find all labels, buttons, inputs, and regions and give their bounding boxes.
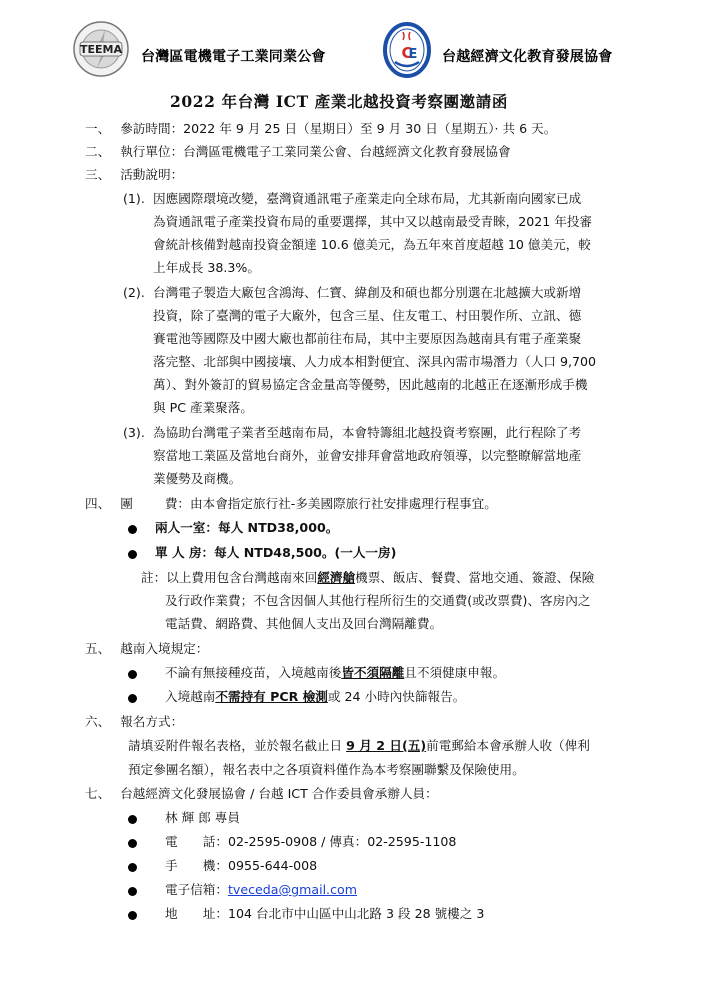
rule-post: 且不須健康申報。 bbox=[404, 665, 505, 680]
item-line: 與 PC 產業聚落。 bbox=[153, 400, 253, 416]
reg-pre: 請填妥附件報名表格，並於報名截止日 bbox=[128, 738, 346, 753]
item-line: 會統計核備對越南投資金額達 10.6 億美元，為五年來首度超越 10 億美元，較 bbox=[153, 237, 591, 253]
fee-single: 單 人 房：每人 NTD48,500。(一人一房) bbox=[155, 545, 396, 561]
item-line: 賽電池等國際及中國大廠也都前往布局，其中主要原因為越南具有電子產業聚 bbox=[153, 331, 581, 347]
fee-note: 註：以上費用包含台灣越南來回經濟艙機票、飯店、餐費、當地交通、簽證、保險 bbox=[141, 570, 594, 586]
contact-phone: 電 話：02-2595-0908 / 傳真：02-2595-1108 bbox=[165, 834, 456, 850]
rule-emphasis: 皆不須隔離 bbox=[341, 665, 404, 680]
section-num: 七、 bbox=[85, 786, 110, 801]
rule-post: 或 24 小時內快篩報告。 bbox=[328, 689, 465, 704]
svg-text:E: E bbox=[409, 47, 418, 62]
item-num: (1). bbox=[123, 191, 145, 207]
reg-post: 前電郵給本會承辦人收（俾利 bbox=[426, 738, 590, 753]
contact-label: 地 址： bbox=[165, 906, 228, 921]
item-num: (2). bbox=[123, 285, 145, 301]
item-line: 投資，除了臺灣的電子大廠外，包含三星、住友電工、村田製作所、立訊、德 bbox=[153, 308, 581, 324]
section-text: 執行單位：台灣區電機電子工業同業公會、台越經濟文化教育發展協會 bbox=[120, 144, 510, 159]
teema-logo: TEEMA bbox=[72, 20, 130, 78]
item-line: 落完整、北部與中國接壤、人力成本相對便宜、深具內需市場潛力（人口 9,700 bbox=[153, 354, 596, 370]
section-label-b: 費：由本會指定旅行社-多美國際旅行社安排處理行程事宜。 bbox=[165, 496, 497, 511]
section-4: 四、 團 費：由本會指定旅行社-多美國際旅行社安排處理行程事宜。 bbox=[85, 496, 497, 512]
item-line: 上年成長 38.3%。 bbox=[153, 260, 260, 276]
contact-address: 地 址：104 台北市中山區中山北路 3 段 28 號樓之 3 bbox=[165, 906, 484, 922]
section-6: 六、 報名方式： bbox=[85, 714, 183, 730]
contact-value: 02-2595-0908 / 傳真：02-2595-1108 bbox=[228, 834, 456, 849]
section-label: 越南入境規定： bbox=[120, 641, 208, 656]
item-line: 察當地工業區及當地台商外，並會安排拜會當地政府領導，以完整瞭解當地產 bbox=[153, 448, 581, 464]
item-line: 業優勢及商機。 bbox=[153, 471, 241, 487]
org1-name: 台灣區電機電子工業同業公會 bbox=[141, 46, 326, 66]
entry-rule: 入境越南不需持有 PCR 檢測或 24 小時內快篩報告。 bbox=[165, 689, 465, 705]
bullet-icon bbox=[128, 694, 137, 703]
item-line: 為資通訊電子產業投資布局的重要選擇，其中又以越南最受青睞，2021 年投審 bbox=[153, 214, 592, 230]
bullet-icon bbox=[128, 863, 137, 872]
bullet-icon bbox=[128, 839, 137, 848]
item-line: 台灣電子製造大廠包含鴻海、仁寶、緯創及和碩也都分別選在北越擴大或新增 bbox=[153, 285, 581, 301]
contact-name: 林 輝 郎 專員 bbox=[165, 810, 240, 826]
rule-pre: 入境越南 bbox=[165, 689, 215, 704]
item-line: 為協助台灣電子業者至越南布局，本會特籌組北越投資考察團，此行程除了考 bbox=[153, 425, 581, 441]
ce-logo-icon: C E bbox=[383, 20, 431, 80]
section-num: 五、 bbox=[85, 641, 110, 656]
bullet-icon bbox=[128, 550, 137, 559]
section-3: 三、 活動說明： bbox=[85, 167, 183, 183]
bullet-icon bbox=[128, 815, 137, 824]
section-1: 一、 參訪時間：2022 年 9 月 25 日（星期日）至 9 月 30 日（星… bbox=[85, 121, 556, 137]
teema-logo-icon: TEEMA bbox=[72, 20, 130, 78]
note-line-3: 電話費、網路費、其他個人支出及回台灣隔離費。 bbox=[165, 616, 442, 632]
contact-email: 電子信箱：tveceda@gmail.com bbox=[165, 882, 357, 898]
note-suffix: 機票、飯店、餐費、當地交通、簽證、保險 bbox=[355, 570, 594, 585]
section-label-a: 團 bbox=[120, 496, 133, 511]
section-num: 二、 bbox=[85, 144, 110, 159]
section-num: 三、 bbox=[85, 167, 110, 182]
contact-label: 手 機： bbox=[165, 858, 228, 873]
contact-value: 0955-644-008 bbox=[228, 858, 317, 873]
item-line: 萬）、對外簽訂的貿易協定含金量高等優勢，因此越南的北越正在逐漸形成手機 bbox=[153, 377, 587, 393]
contact-label: 電 話： bbox=[165, 834, 228, 849]
svg-text:TEEMA: TEEMA bbox=[80, 43, 122, 56]
section-2: 二、 執行單位：台灣區電機電子工業同業公會、台越經濟文化教育發展協會 bbox=[85, 144, 511, 160]
bullet-icon bbox=[128, 670, 137, 679]
deadline: 9 月 2 日(五) bbox=[346, 738, 426, 753]
section-label: 報名方式： bbox=[120, 714, 183, 729]
email-link[interactable]: tveceda@gmail.com bbox=[228, 882, 357, 897]
section-5: 五、 越南入境規定： bbox=[85, 641, 208, 657]
entry-rule: 不論有無接種疫苗，入境越南後皆不須隔離且不須健康申報。 bbox=[165, 665, 505, 681]
page-title: 2022 年台灣 ICT 產業北越投資考察團邀請函 bbox=[170, 90, 508, 112]
section-label: 台越經濟文化發展協會 / 台越 ICT 合作委員會承辦人員： bbox=[120, 786, 438, 801]
bullet-icon bbox=[128, 525, 137, 534]
contact-label: 電子信箱： bbox=[165, 882, 228, 897]
rule-pre: 不論有無接種疫苗，入境越南後 bbox=[165, 665, 341, 680]
section-7: 七、 台越經濟文化發展協會 / 台越 ICT 合作委員會承辦人員： bbox=[85, 786, 438, 802]
ce-logo: C E bbox=[383, 20, 431, 80]
section-label: 活動說明： bbox=[120, 167, 183, 182]
rule-emphasis: 不需持有 PCR 檢測 bbox=[215, 689, 328, 704]
item-line: 因應國際環境改變，臺灣資通訊電子產業走向全球布局，尤其新南向國家已成 bbox=[153, 191, 581, 207]
note-line-2: 及行政作業費；不包含因個人其他行程所衍生的交通費(或改票費)、客房內之 bbox=[165, 593, 590, 609]
note-underlined: 經濟艙 bbox=[317, 570, 355, 585]
registration-line-1: 請填妥附件報名表格，並於報名截止日 9 月 2 日(五)前電郵給本會承辦人收（俾… bbox=[128, 738, 590, 754]
section-num: 四、 bbox=[85, 496, 110, 511]
registration-line-2: 預定參團名額），報名表中之各項資料僅作為本考察團聯繫及保險使用。 bbox=[128, 762, 525, 778]
section-num: 六、 bbox=[85, 714, 110, 729]
org2-name: 台越經濟文化教育發展協會 bbox=[442, 46, 612, 66]
note-prefix: 註：以上費用包含台灣越南來回 bbox=[141, 570, 317, 585]
contact-value: 104 台北市中山區中山北路 3 段 28 號樓之 3 bbox=[228, 906, 484, 921]
section-num: 一、 bbox=[85, 121, 110, 136]
item-num: (3). bbox=[123, 425, 145, 441]
fee-double: 兩人一室：每人 NTD38,000。 bbox=[155, 520, 338, 536]
bullet-icon bbox=[128, 887, 137, 896]
section-text: 參訪時間：2022 年 9 月 25 日（星期日）至 9 月 30 日（星期五）… bbox=[120, 121, 556, 136]
contact-mobile: 手 機：0955-644-008 bbox=[165, 858, 317, 874]
bullet-icon bbox=[128, 911, 137, 920]
